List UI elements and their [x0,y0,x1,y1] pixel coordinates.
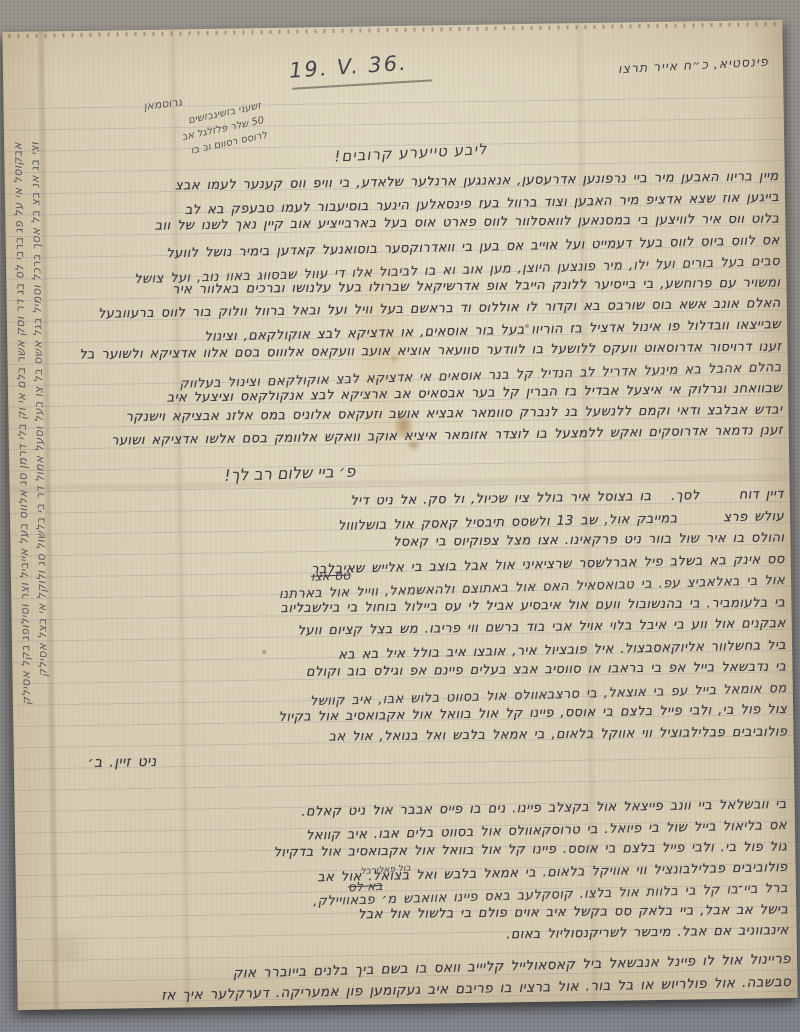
paragraph-2: דיין דוח לסך. בו בצוסל איר בולל ציו שכיו… [50,484,788,775]
paragraph-3: בי וובשלאל ביי וונב פייצאל אול בקצלב פיי… [61,794,789,952]
crossed-out-word: טס אצו [311,567,351,583]
letter-paper: 19. V. 36. פינסטיא, כ״ח אייר תרצו גרוסמא… [2,20,797,1010]
photo-of-letter: { "photo": { "scene": "handwritten Yiddi… [0,0,800,1032]
paragraph-1: מיין בריוו האבען מיר ביי נרפונען אדרעסען… [47,166,783,453]
